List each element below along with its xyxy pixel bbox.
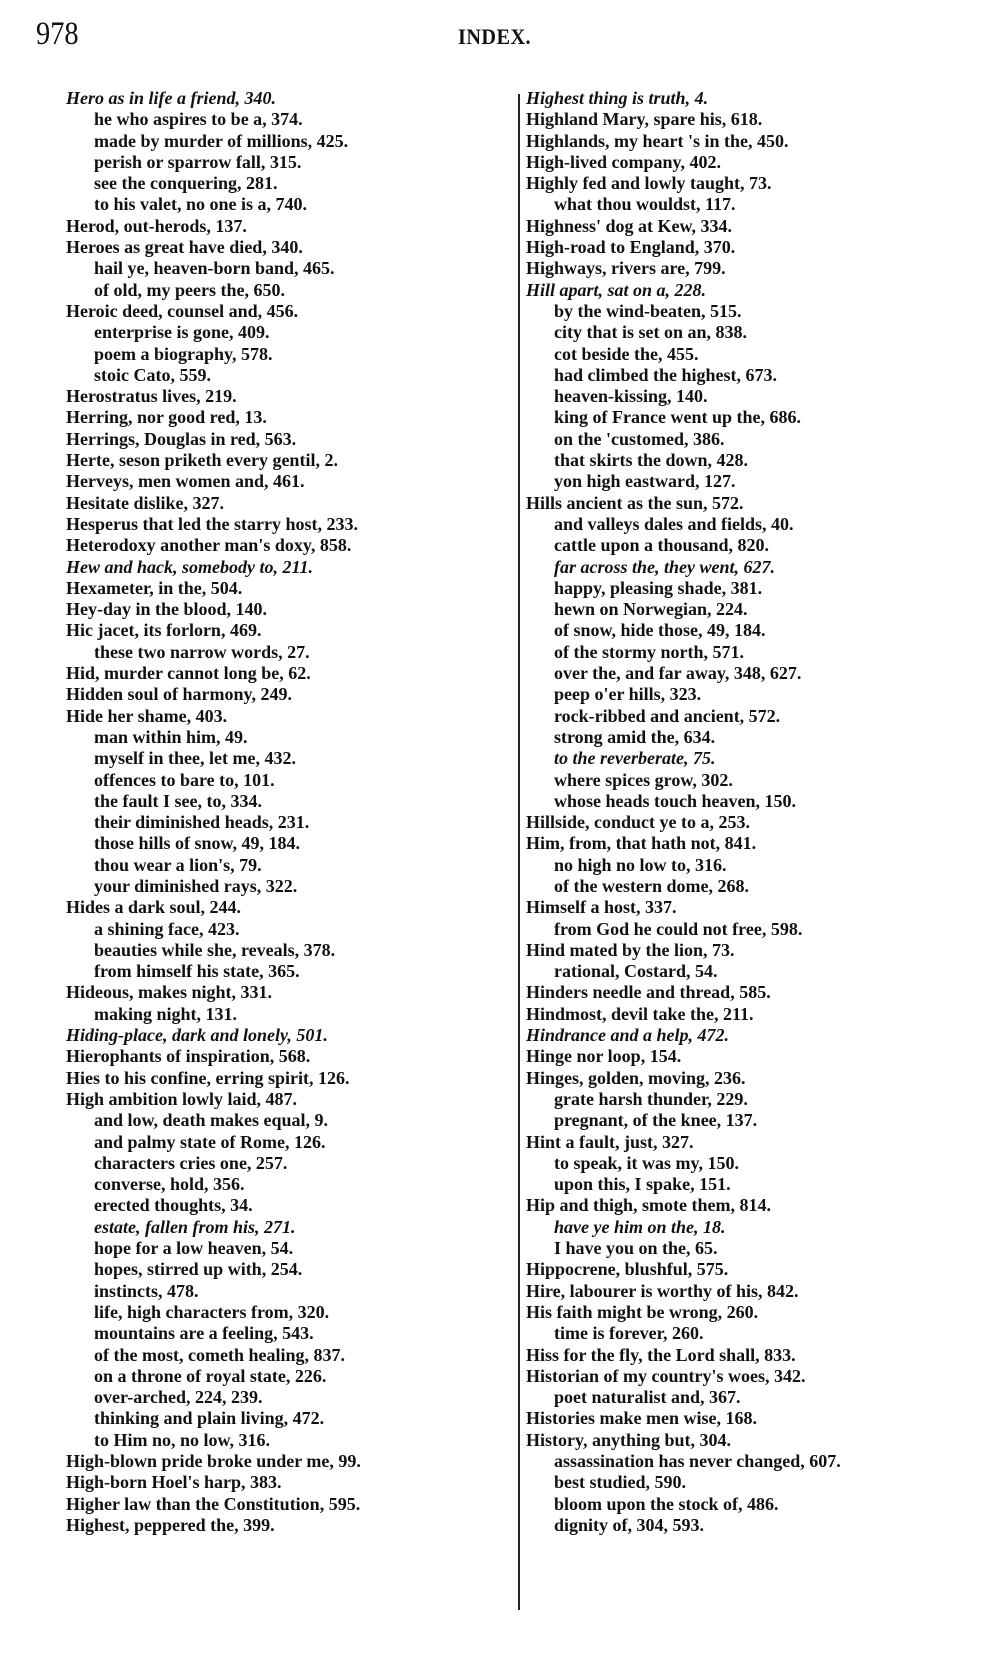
entry-text: Hindmost, devil take the, 211.	[526, 1004, 754, 1024]
index-subentry: have ye him on the, 18.	[526, 1217, 966, 1238]
entry-text: High-blown pride broke under me, 99.	[66, 1451, 361, 1471]
entry-text: poem a biography, 578.	[94, 344, 273, 364]
index-entry: Hint a fault, just, 327.	[526, 1132, 966, 1153]
entry-text: Hide her shame, 403.	[66, 706, 227, 726]
entry-text: Highland Mary, spare his, 618.	[526, 109, 762, 129]
entry-text: made by murder of millions, 425.	[94, 131, 348, 151]
entry-text: Heroes as great have died, 340.	[66, 237, 303, 257]
entry-text: Highness' dog at Kew, 334.	[526, 216, 732, 236]
index-entry: Hic jacet, its forlorn, 469.	[66, 620, 506, 641]
entry-text: best studied, 590.	[554, 1472, 686, 1492]
index-subentry: had climbed the highest, 673.	[526, 365, 966, 386]
index-subentry: bloom upon the stock of, 486.	[526, 1494, 966, 1515]
index-entry: Hies to his confine, erring spirit, 126.	[66, 1068, 506, 1089]
index-entry: Highly fed and lowly taught, 73.	[526, 173, 966, 194]
index-entry: Hind mated by the lion, 73.	[526, 940, 966, 961]
entry-text: and low, death makes equal, 9.	[94, 1110, 328, 1130]
entry-text: peep o'er hills, 323.	[554, 684, 701, 704]
entry-text: Highways, rivers are, 799.	[526, 258, 726, 278]
entry-text: those hills of snow, 49, 184.	[94, 833, 300, 853]
index-subentry: over-arched, 224, 239.	[66, 1387, 506, 1408]
index-subentry: and valleys dales and fields, 40.	[526, 514, 966, 535]
index-entry: Hippocrene, blushful, 575.	[526, 1259, 966, 1280]
index-subentry: perish or sparrow fall, 315.	[66, 152, 506, 173]
entry-text: happy, pleasing shade, 381.	[554, 578, 762, 598]
index-subentry: happy, pleasing shade, 381.	[526, 578, 966, 599]
index-subentry: rational, Costard, 54.	[526, 961, 966, 982]
entry-text: Hides a dark soul, 244.	[66, 897, 241, 917]
entry-text: Highly fed and lowly taught, 73.	[526, 173, 772, 193]
entry-text: hail ye, heaven-born band, 465.	[94, 258, 335, 278]
index-subentry: cattle upon a thousand, 820.	[526, 535, 966, 556]
entry-text: he who aspires to be a, 374.	[94, 109, 303, 129]
index-subentry: time is forever, 260.	[526, 1323, 966, 1344]
entry-text: instincts, 478.	[94, 1281, 199, 1301]
entry-text: High-road to England, 370.	[526, 237, 735, 257]
entry-text: pregnant, of the knee, 137.	[554, 1110, 757, 1130]
entry-text: of the stormy north, 571.	[554, 642, 744, 662]
entry-text: perish or sparrow fall, 315.	[94, 152, 301, 172]
entry-text: of the western dome, 268.	[554, 876, 749, 896]
index-subentry: poem a biography, 578.	[66, 344, 506, 365]
entry-text: Hippocrene, blushful, 575.	[526, 1259, 728, 1279]
index-subentry: upon this, I spake, 151.	[526, 1174, 966, 1195]
entry-text: Hidden soul of harmony, 249.	[66, 684, 292, 704]
index-subentry: the fault I see, to, 334.	[66, 791, 506, 812]
index-entry: Hidden soul of harmony, 249.	[66, 684, 506, 705]
entry-text: stoic Cato, 559.	[94, 365, 211, 385]
entry-text: over the, and far away, 348, 627.	[554, 663, 801, 683]
entry-text: Hey-day in the blood, 140.	[66, 599, 267, 619]
index-entry: High-born Hoel's harp, 383.	[66, 1472, 506, 1493]
index-column-right: Highest thing is truth, 4.Highland Mary,…	[526, 88, 966, 1536]
entry-text: dignity of, 304, 593.	[554, 1515, 704, 1535]
index-subentry: made by murder of millions, 425.	[66, 131, 506, 152]
index-subentry: of the western dome, 268.	[526, 876, 966, 897]
index-entry: High-road to England, 370.	[526, 237, 966, 258]
index-subentry: cot beside the, 455.	[526, 344, 966, 365]
index-entry: Hindmost, devil take the, 211.	[526, 1004, 966, 1025]
index-subentry: of the most, cometh healing, 837.	[66, 1345, 506, 1366]
index-entry: Hero as in life a friend, 340.	[66, 88, 506, 109]
entry-text: over-arched, 224, 239.	[94, 1387, 262, 1407]
index-subentry: whose heads touch heaven, 150.	[526, 791, 966, 812]
index-entry: Highness' dog at Kew, 334.	[526, 216, 966, 237]
entry-text: offences to bare to, 101.	[94, 770, 275, 790]
entry-text: Hills ancient as the sun, 572.	[526, 493, 744, 513]
entry-text: Histories make men wise, 168.	[526, 1408, 757, 1428]
entry-text: to speak, it was my, 150.	[554, 1153, 739, 1173]
index-subentry: from God he could not free, 598.	[526, 919, 966, 940]
entry-text: Herveys, men women and, 461.	[66, 471, 304, 491]
index-entry: Hey-day in the blood, 140.	[66, 599, 506, 620]
entry-text: had climbed the highest, 673.	[554, 365, 777, 385]
index-subentry: hope for a low heaven, 54.	[66, 1238, 506, 1259]
index-entry: Herte, seson priketh every gentil, 2.	[66, 450, 506, 471]
index-entry: Hinders needle and thread, 585.	[526, 982, 966, 1003]
entry-text: poet naturalist and, 367.	[554, 1387, 741, 1407]
index-subentry: offences to bare to, 101.	[66, 770, 506, 791]
entry-text: to his valet, no one is a, 740.	[94, 194, 307, 214]
index-entry: Hexameter, in the, 504.	[66, 578, 506, 599]
entry-text: Hire, labourer is worthy of his, 842.	[526, 1281, 799, 1301]
entry-text: Herod, out-herods, 137.	[66, 216, 247, 236]
entry-text: upon this, I spake, 151.	[554, 1174, 731, 1194]
index-entry: Hire, labourer is worthy of his, 842.	[526, 1281, 966, 1302]
entry-text: assassination has never changed, 607.	[554, 1451, 841, 1471]
entry-text: converse, hold, 356.	[94, 1174, 245, 1194]
entry-text: whose heads touch heaven, 150.	[554, 791, 796, 811]
index-subentry: to his valet, no one is a, 740.	[66, 194, 506, 215]
entry-text: cattle upon a thousand, 820.	[554, 535, 769, 555]
entry-text: Hexameter, in the, 504.	[66, 578, 242, 598]
index-subentry: life, high characters from, 320.	[66, 1302, 506, 1323]
entry-text: Hid, murder cannot long be, 62.	[66, 663, 311, 683]
index-subentry: to speak, it was my, 150.	[526, 1153, 966, 1174]
index-entry: Herostratus lives, 219.	[66, 386, 506, 407]
index-entry: Hesitate dislike, 327.	[66, 493, 506, 514]
index-entry: Hillside, conduct ye to a, 253.	[526, 812, 966, 833]
index-entry: Highlands, my heart 's in the, 450.	[526, 131, 966, 152]
entry-text: Herrings, Douglas in red, 563.	[66, 429, 296, 449]
entry-text: Hindrance and a help, 472.	[526, 1025, 729, 1045]
entry-text: Hinders needle and thread, 585.	[526, 982, 771, 1002]
index-entry: Histories make men wise, 168.	[526, 1408, 966, 1429]
index-entry: Hiding-place, dark and lonely, 501.	[66, 1025, 506, 1046]
entry-text: enterprise is gone, 409.	[94, 322, 269, 342]
index-subentry: best studied, 590.	[526, 1472, 966, 1493]
index-subentry: converse, hold, 356.	[66, 1174, 506, 1195]
entry-text: Highest, peppered the, 399.	[66, 1515, 275, 1535]
index-subentry: enterprise is gone, 409.	[66, 322, 506, 343]
index-subentry: characters cries one, 257.	[66, 1153, 506, 1174]
index-entry: Hide her shame, 403.	[66, 706, 506, 727]
page-number: 978	[36, 16, 79, 53]
index-column-left: Hero as in life a friend, 340.he who asp…	[66, 88, 506, 1536]
entry-text: Hierophants of inspiration, 568.	[66, 1046, 310, 1066]
index-entry: Highways, rivers are, 799.	[526, 258, 966, 279]
entry-text: and valleys dales and fields, 40.	[554, 514, 794, 534]
index-entry: Highest, peppered the, 399.	[66, 1515, 506, 1536]
entry-text: Hind mated by the lion, 73.	[526, 940, 735, 960]
entry-text: that skirts the down, 428.	[554, 450, 748, 470]
index-entry: Hew and hack, somebody to, 211.	[66, 557, 506, 578]
entry-text: Hies to his confine, erring spirit, 126.	[66, 1068, 349, 1088]
index-entry: Hides a dark soul, 244.	[66, 897, 506, 918]
entry-text: king of France went up the, 686.	[554, 407, 801, 427]
index-subentry: city that is set on an, 838.	[526, 322, 966, 343]
index-entry: His faith might be wrong, 260.	[526, 1302, 966, 1323]
index-entry: Hip and thigh, smote them, 814.	[526, 1195, 966, 1216]
entry-text: by the wind-beaten, 515.	[554, 301, 742, 321]
index-entry: Him, from, that hath not, 841.	[526, 833, 966, 854]
index-subentry: instincts, 478.	[66, 1281, 506, 1302]
index-subentry: strong amid the, 634.	[526, 727, 966, 748]
index-subentry: heaven-kissing, 140.	[526, 386, 966, 407]
index-subentry: beauties while she, reveals, 378.	[66, 940, 506, 961]
entry-text: His faith might be wrong, 260.	[526, 1302, 758, 1322]
index-subentry: yon high eastward, 127.	[526, 471, 966, 492]
index-subentry: of the stormy north, 571.	[526, 642, 966, 663]
index-entry: Herveys, men women and, 461.	[66, 471, 506, 492]
index-subentry: king of France went up the, 686.	[526, 407, 966, 428]
index-entry: Hills ancient as the sun, 572.	[526, 493, 966, 514]
index-entry: Hid, murder cannot long be, 62.	[66, 663, 506, 684]
index-subentry: I have you on the, 65.	[526, 1238, 966, 1259]
column-divider	[518, 94, 520, 1610]
index-entry: Heroic deed, counsel and, 456.	[66, 301, 506, 322]
entry-text: High-born Hoel's harp, 383.	[66, 1472, 282, 1492]
entry-text: Highlands, my heart 's in the, 450.	[526, 131, 789, 151]
index-subentry: that skirts the down, 428.	[526, 450, 966, 471]
entry-text: of snow, hide those, 49, 184.	[554, 620, 766, 640]
entry-text: Herring, nor good red, 13.	[66, 407, 267, 427]
entry-text: Hesperus that led the starry host, 233.	[66, 514, 358, 534]
entry-text: of the most, cometh healing, 837.	[94, 1345, 345, 1365]
entry-text: Hillside, conduct ye to a, 253.	[526, 812, 750, 832]
entry-text: beauties while she, reveals, 378.	[94, 940, 335, 960]
entry-text: on the 'customed, 386.	[554, 429, 725, 449]
index-subentry: man within him, 49.	[66, 727, 506, 748]
entry-text: Higher law than the Constitution, 595.	[66, 1494, 360, 1514]
index-entry: Herod, out-herods, 137.	[66, 216, 506, 237]
index-entry: Hinge nor loop, 154.	[526, 1046, 966, 1067]
index-subentry: hewn on Norwegian, 224.	[526, 599, 966, 620]
index-entry: Heterodoxy another man's doxy, 858.	[66, 535, 506, 556]
entry-text: I have you on the, 65.	[554, 1238, 718, 1258]
entry-text: yon high eastward, 127.	[554, 471, 736, 491]
entry-text: Himself a host, 337.	[526, 897, 677, 917]
entry-text: Hinge nor loop, 154.	[526, 1046, 681, 1066]
index-entry: History, anything but, 304.	[526, 1430, 966, 1451]
entry-text: Hesitate dislike, 327.	[66, 493, 224, 513]
entry-text: far across the, they went, 627.	[554, 557, 775, 577]
index-subentry: hail ye, heaven-born band, 465.	[66, 258, 506, 279]
index-entry: High-lived company, 402.	[526, 152, 966, 173]
index-subentry: to Him no, no low, 316.	[66, 1430, 506, 1451]
index-subentry: hopes, stirred up with, 254.	[66, 1259, 506, 1280]
index-subentry: poet naturalist and, 367.	[526, 1387, 966, 1408]
index-subentry: those hills of snow, 49, 184.	[66, 833, 506, 854]
index-subentry: estate, fallen from his, 271.	[66, 1217, 506, 1238]
index-subentry: from himself his state, 365.	[66, 961, 506, 982]
entry-text: heaven-kissing, 140.	[554, 386, 708, 406]
index-entry: Hinges, golden, moving, 236.	[526, 1068, 966, 1089]
entry-text: Hew and hack, somebody to, 211.	[66, 557, 313, 577]
entry-text: rational, Costard, 54.	[554, 961, 718, 981]
entry-text: and palmy state of Rome, 126.	[94, 1132, 326, 1152]
entry-text: erected thoughts, 34.	[94, 1195, 253, 1215]
entry-text: Hint a fault, just, 327.	[526, 1132, 694, 1152]
index-entry: Historian of my country's woes, 342.	[526, 1366, 966, 1387]
index-subentry: of old, my peers the, 650.	[66, 280, 506, 301]
entry-text: Hero as in life a friend, 340.	[66, 88, 276, 108]
entry-text: Hiss for the fly, the Lord shall, 833.	[526, 1345, 796, 1365]
index-subentry: no high no low to, 316.	[526, 855, 966, 876]
entry-text: Herostratus lives, 219.	[66, 386, 237, 406]
index-subentry: where spices grow, 302.	[526, 770, 966, 791]
entry-text: estate, fallen from his, 271.	[94, 1217, 296, 1237]
entry-text: thou wear a lion's, 79.	[94, 855, 262, 875]
entry-text: a shining face, 423.	[94, 919, 240, 939]
index-entry: Highest thing is truth, 4.	[526, 88, 966, 109]
entry-text: Hiding-place, dark and lonely, 501.	[66, 1025, 328, 1045]
entry-text: grate harsh thunder, 229.	[554, 1089, 748, 1109]
index-subentry: thou wear a lion's, 79.	[66, 855, 506, 876]
entry-text: city that is set on an, 838.	[554, 322, 747, 342]
entry-text: the fault I see, to, 334.	[94, 791, 262, 811]
entry-text: strong amid the, 634.	[554, 727, 715, 747]
index-subentry: erected thoughts, 34.	[66, 1195, 506, 1216]
index-entry: Higher law than the Constitution, 595.	[66, 1494, 506, 1515]
index-subentry: your diminished rays, 322.	[66, 876, 506, 897]
index-entry: Heroes as great have died, 340.	[66, 237, 506, 258]
index-subentry: what thou wouldst, 117.	[526, 194, 966, 215]
entry-text: Heterodoxy another man's doxy, 858.	[66, 535, 351, 555]
index-entry: Herrings, Douglas in red, 563.	[66, 429, 506, 450]
entry-text: myself in thee, let me, 432.	[94, 748, 296, 768]
entry-text: their diminished heads, 231.	[94, 812, 309, 832]
entry-text: Him, from, that hath not, 841.	[526, 833, 756, 853]
entry-text: hope for a low heaven, 54.	[94, 1238, 293, 1258]
entry-text: High-lived company, 402.	[526, 152, 721, 172]
entry-text: have ye him on the, 18.	[554, 1217, 726, 1237]
index-subentry: myself in thee, let me, 432.	[66, 748, 506, 769]
entry-text: of old, my peers the, 650.	[94, 280, 285, 300]
index-subentry: a shining face, 423.	[66, 919, 506, 940]
entry-text: to Him no, no low, 316.	[94, 1430, 270, 1450]
entry-text: cot beside the, 455.	[554, 344, 698, 364]
index-entry: Herring, nor good red, 13.	[66, 407, 506, 428]
entry-text: Hideous, makes night, 331.	[66, 982, 272, 1002]
index-subentry: rock-ribbed and ancient, 572.	[526, 706, 966, 727]
entry-text: History, anything but, 304.	[526, 1430, 731, 1450]
entry-text: hopes, stirred up with, 254.	[94, 1259, 302, 1279]
index-subentry: assassination has never changed, 607.	[526, 1451, 966, 1472]
index-entry: Hideous, makes night, 331.	[66, 982, 506, 1003]
index-entry: Highland Mary, spare his, 618.	[526, 109, 966, 130]
index-subentry: of snow, hide those, 49, 184.	[526, 620, 966, 641]
entry-text: from himself his state, 365.	[94, 961, 300, 981]
index-entry: High-blown pride broke under me, 99.	[66, 1451, 506, 1472]
entry-text: Hic jacet, its forlorn, 469.	[66, 620, 261, 640]
index-subentry: pregnant, of the knee, 137.	[526, 1110, 966, 1131]
entry-text: life, high characters from, 320.	[94, 1302, 329, 1322]
entry-text: thinking and plain living, 472.	[94, 1408, 324, 1428]
index-subentry: these two narrow words, 27.	[66, 642, 506, 663]
entry-text: Hinges, golden, moving, 236.	[526, 1068, 746, 1088]
index-subentry: on a throne of royal state, 226.	[66, 1366, 506, 1387]
entry-text: no high no low to, 316.	[554, 855, 727, 875]
entry-text: High ambition lowly laid, 487.	[66, 1089, 297, 1109]
index-subentry: stoic Cato, 559.	[66, 365, 506, 386]
running-title: INDEX.	[458, 24, 531, 50]
index-subentry: dignity of, 304, 593.	[526, 1515, 966, 1536]
index-subentry: to the reverberate, 75.	[526, 748, 966, 769]
index-subentry: their diminished heads, 231.	[66, 812, 506, 833]
index-entry: Hindrance and a help, 472.	[526, 1025, 966, 1046]
index-subentry: mountains are a feeling, 543.	[66, 1323, 506, 1344]
entry-text: Hip and thigh, smote them, 814.	[526, 1195, 771, 1215]
entry-text: these two narrow words, 27.	[94, 642, 310, 662]
entry-text: Historian of my country's woes, 342.	[526, 1366, 805, 1386]
entry-text: making night, 131.	[94, 1004, 237, 1024]
index-subentry: on the 'customed, 386.	[526, 429, 966, 450]
entry-text: characters cries one, 257.	[94, 1153, 287, 1173]
index-entry: Hesperus that led the starry host, 233.	[66, 514, 506, 535]
entry-text: hewn on Norwegian, 224.	[554, 599, 748, 619]
index-subentry: peep o'er hills, 323.	[526, 684, 966, 705]
entry-text: to the reverberate, 75.	[554, 748, 715, 768]
index-subentry: over the, and far away, 348, 627.	[526, 663, 966, 684]
entry-text: where spices grow, 302.	[554, 770, 733, 790]
page-header: 978 INDEX.	[0, 10, 1000, 50]
entry-text: man within him, 49.	[94, 727, 248, 747]
entry-text: what thou wouldst, 117.	[554, 194, 736, 214]
entry-text: mountains are a feeling, 543.	[94, 1323, 314, 1343]
entry-text: rock-ribbed and ancient, 572.	[554, 706, 780, 726]
entry-text: Hill apart, sat on a, 228.	[526, 280, 706, 300]
index-subentry: and palmy state of Rome, 126.	[66, 1132, 506, 1153]
index-subentry: making night, 131.	[66, 1004, 506, 1025]
entry-text: time is forever, 260.	[554, 1323, 703, 1343]
entry-text: Herte, seson priketh every gentil, 2.	[66, 450, 338, 470]
index-subentry: thinking and plain living, 472.	[66, 1408, 506, 1429]
index-subentry: he who aspires to be a, 374.	[66, 109, 506, 130]
index-subentry: far across the, they went, 627.	[526, 557, 966, 578]
entry-text: Highest thing is truth, 4.	[526, 88, 708, 108]
index-entry: High ambition lowly laid, 487.	[66, 1089, 506, 1110]
entry-text: see the conquering, 281.	[94, 173, 278, 193]
index-entry: Himself a host, 337.	[526, 897, 966, 918]
index-entry: Hierophants of inspiration, 568.	[66, 1046, 506, 1067]
index-subentry: grate harsh thunder, 229.	[526, 1089, 966, 1110]
entry-text: Heroic deed, counsel and, 456.	[66, 301, 298, 321]
index-subentry: see the conquering, 281.	[66, 173, 506, 194]
index-entry: Hill apart, sat on a, 228.	[526, 280, 966, 301]
entry-text: on a throne of royal state, 226.	[94, 1366, 326, 1386]
entry-text: from God he could not free, 598.	[554, 919, 802, 939]
entry-text: bloom upon the stock of, 486.	[554, 1494, 779, 1514]
entry-text: your diminished rays, 322.	[94, 876, 297, 896]
index-entry: Hiss for the fly, the Lord shall, 833.	[526, 1345, 966, 1366]
index-subentry: and low, death makes equal, 9.	[66, 1110, 506, 1131]
index-subentry: by the wind-beaten, 515.	[526, 301, 966, 322]
